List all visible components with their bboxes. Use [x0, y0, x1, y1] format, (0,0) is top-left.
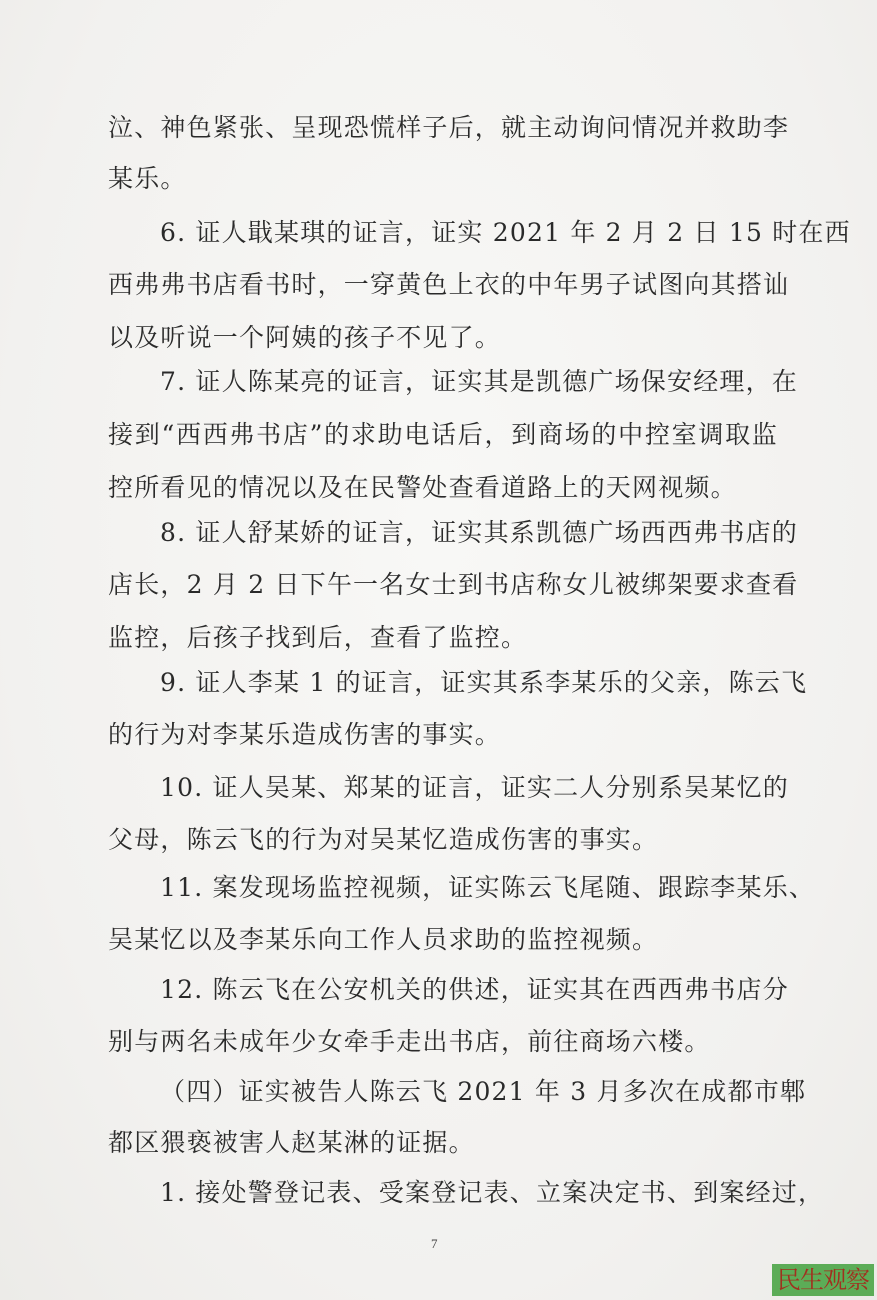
text-line: 以及听说一个阿姨的孩子不见了。 [108, 323, 778, 353]
text-line: 吴某忆以及李某乐向工作人员求助的监控视频。 [108, 925, 778, 955]
text-line: 的行为对李某乐造成伤害的事实。 [108, 720, 778, 750]
text-line: 控所看见的情况以及在民警处查看道路上的天网视频。 [108, 473, 778, 503]
text-line: 店长，2 月 2 日下午一名女士到书店称女儿被绑架要求查看 [108, 570, 778, 600]
text-line: 12. 陈云飞在公安机关的供述，证实其在西西弗书店分 [160, 975, 778, 1005]
text-line: 别与两名未成年少女牵手走出书店，前往商场六楼。 [108, 1027, 778, 1057]
page-number: 7 [431, 1236, 438, 1252]
text-line: 9. 证人李某 1 的证言，证实其系李某乐的父亲，陈云飞 [160, 668, 778, 698]
text-line: 泣、神色紧张、呈现恐慌样子后，就主动询问情况并救助李 [108, 113, 778, 143]
text-line: 西弗弗书店看书时，一穿黄色上衣的中年男子试图向其搭讪 [108, 270, 778, 300]
text-line: 10. 证人吴某、郑某的证言，证实二人分别系吴某忆的 [160, 773, 778, 803]
text-line: 某乐。 [108, 164, 778, 194]
text-line: 都区猥亵被害人赵某淋的证据。 [108, 1128, 778, 1158]
text-line: 1. 接处警登记表、受案登记表、立案决定书、到案经过， [160, 1178, 778, 1208]
document-page: 泣、神色紧张、呈现恐慌样子后，就主动询问情况并救助李某乐。6. 证人戢某琪的证言… [0, 0, 877, 1300]
text-line: 7. 证人陈某亮的证言，证实其是凯德广场保安经理，在 [160, 367, 778, 397]
text-line: 8. 证人舒某娇的证言，证实其系凯德广场西西弗书店的 [160, 518, 778, 548]
text-line: 监控，后孩子找到后，查看了监控。 [108, 623, 778, 653]
text-line: 6. 证人戢某琪的证言，证实 2021 年 2 月 2 日 15 时在西 [160, 218, 778, 248]
text-line: （四）证实被告人陈云飞 2021 年 3 月多次在成都市郫 [160, 1077, 778, 1107]
text-line: 接到“西西弗书店”的求助电话后，到商场的中控室调取监 [108, 420, 778, 450]
text-line: 父母，陈云飞的行为对吴某忆造成伤害的事实。 [108, 825, 778, 855]
watermark-badge: 民生观察 [772, 1264, 874, 1296]
text-line: 11. 案发现场监控视频，证实陈云飞尾随、跟踪李某乐、 [160, 873, 778, 903]
